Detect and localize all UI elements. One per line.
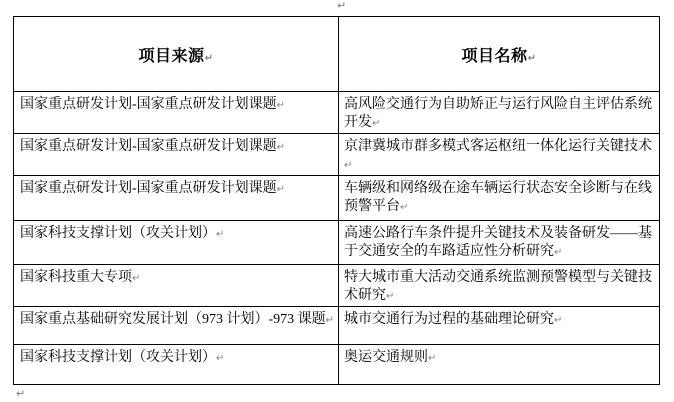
cell-text: 车辆级和网络级在途车辆运行状态安全诊断与在线预警平台 [344, 181, 652, 214]
table-row: 国家重点研发计划-国家重点研发计划课题↵ 京津冀城市群多模式客运枢纽一体化运行关… [14, 134, 660, 176]
table-row: 国家科技支撑计划（攻关计划）↵ 高速公路行车条件提升关键技术及装备研发——基于交… [14, 221, 660, 265]
paragraph-mark-above-table: ↵ [337, 0, 346, 11]
cell-name[interactable]: 车辆级和网络级在途车辆运行状态安全诊断与在线预警平台↵↵ [339, 176, 660, 221]
header-label-name: 项目名称 [462, 48, 528, 65]
table-row: 国家重点研发计划-国家重点研发计划课题↵ 高风险交通行为自助矫正与运行风险自主评… [14, 92, 660, 134]
end-of-cell-mark: ↵ [554, 247, 562, 258]
cell-text: 国家重点研发计划-国家重点研发计划课题 [20, 139, 277, 154]
table-row: 国家重点基础研究发展计划（973 计划）-973 课题↵ 城市交通行为过程的基础… [14, 307, 660, 345]
cell-text: 奥运交通规则 [344, 350, 428, 365]
cell-name[interactable]: 高速公路行车条件提升关键技术及装备研发——基于交通安全的车路适应性分析研究↵↵ [339, 221, 660, 265]
cell-source[interactable]: 国家重点研发计划-国家重点研发计划课题↵ [14, 92, 339, 134]
cell-name[interactable]: 奥运交通规则↵↵ [339, 345, 660, 385]
table-row: 国家科技支撑计划（攻关计划）↵ 奥运交通规则↵↵ [14, 345, 660, 385]
cell-name[interactable]: 京津冀城市群多模式客运枢纽一体化运行关键技术↵↵ [339, 134, 660, 176]
projects-table: 项目来源↵ 项目名称↵↵ 国家重点研发计划-国家重点研发计划课题↵ 高风险交通行… [13, 16, 660, 385]
header-cell-project-name[interactable]: 项目名称↵↵ [339, 17, 660, 92]
table-header-row: 项目来源↵ 项目名称↵↵ [14, 17, 660, 92]
cell-source[interactable]: 国家重点基础研究发展计划（973 计划）-973 课题↵ [14, 307, 339, 345]
cell-name[interactable]: 城市交通行为过程的基础理论研究↵↵ [339, 307, 660, 345]
end-of-cell-mark: ↵ [344, 160, 352, 171]
cell-text: 国家科技支撑计划（攻关计划） [20, 350, 216, 365]
cell-text: 国家重点研发计划-国家重点研发计划课题 [20, 181, 277, 196]
end-of-cell-mark: ↵ [554, 315, 562, 326]
cell-source[interactable]: 国家重点研发计划-国家重点研发计划课题↵ [14, 176, 339, 221]
cell-text: 城市交通行为过程的基础理论研究 [344, 312, 554, 327]
cell-text: 高风险交通行为自助矫正与运行风险自主评估系统开发 [344, 97, 652, 130]
end-of-cell-mark: ↵ [326, 315, 334, 326]
cell-source[interactable]: 国家科技支撑计划（攻关计划）↵ [14, 345, 339, 385]
cell-name[interactable]: 特大城市重大活动交通系统监测预警模型与关键技术研究↵↵ [339, 265, 660, 307]
cell-text: 京津冀城市群多模式客运枢纽一体化运行关键技术 [344, 139, 652, 154]
cell-source[interactable]: 国家科技支撑计划（攻关计划）↵ [14, 221, 339, 265]
cell-text: 国家科技支撑计划（攻关计划） [20, 226, 216, 241]
end-of-cell-mark: ↵ [216, 229, 224, 240]
document-page: ↵ 项目来源↵ 项目名称↵↵ 国家重点研发计划-国家重点研发计划课题↵ 高风险交… [0, 0, 674, 402]
cell-name[interactable]: 高风险交通行为自助矫正与运行风险自主评估系统开发↵↵ [339, 92, 660, 134]
cell-source[interactable]: 国家科技重大专项↵ [14, 265, 339, 307]
end-of-cell-mark: ↵ [400, 202, 408, 213]
end-of-cell-mark: ↵ [277, 100, 285, 111]
cell-source[interactable]: 国家重点研发计划-国家重点研发计划课题↵ [14, 134, 339, 176]
cell-text: 国家重点研发计划-国家重点研发计划课题 [20, 97, 277, 112]
header-label-source: 项目来源 [139, 48, 205, 65]
end-of-cell-mark: ↵ [372, 118, 380, 129]
paragraph-mark-below-table: ↵ [16, 388, 25, 399]
table-row: 国家科技重大专项↵ 特大城市重大活动交通系统监测预警模型与关键技术研究↵↵ [14, 265, 660, 307]
end-of-cell-mark: ↵ [386, 291, 394, 302]
end-of-cell-mark: ↵ [205, 53, 214, 64]
cell-text: 高速公路行车条件提升关键技术及装备研发——基于交通安全的车路适应性分析研究 [344, 226, 652, 259]
end-of-cell-mark: ↵ [216, 353, 224, 364]
end-of-cell-mark: ↵ [132, 273, 140, 284]
header-cell-project-source[interactable]: 项目来源↵ [14, 17, 339, 92]
end-of-cell-mark: ↵ [277, 142, 285, 153]
cell-text: 国家重点基础研究发展计划（973 计划）-973 课题 [20, 312, 326, 327]
table-row: 国家重点研发计划-国家重点研发计划课题↵ 车辆级和网络级在途车辆运行状态安全诊断… [14, 176, 660, 221]
cell-text: 国家科技重大专项 [20, 270, 132, 285]
end-of-cell-mark: ↵ [528, 53, 537, 64]
end-of-cell-mark: ↵ [277, 184, 285, 195]
end-of-cell-mark: ↵ [428, 353, 436, 364]
